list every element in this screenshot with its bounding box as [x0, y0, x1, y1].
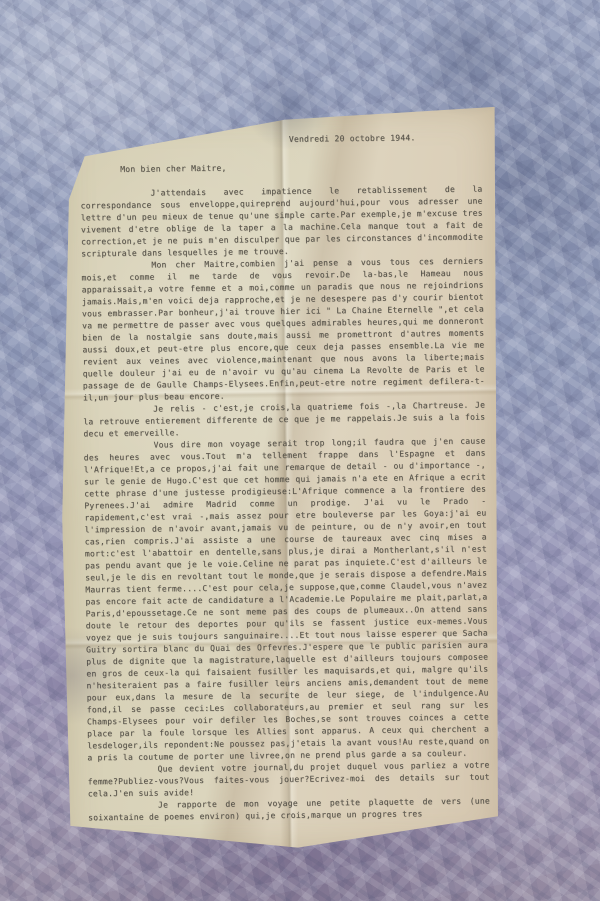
letter-text: Vendredi 20 octobre 1944. Mon bien cher …	[80, 132, 491, 845]
photo-background: Vendredi 20 octobre 1944. Mon bien cher …	[0, 0, 600, 901]
letter-paragraph-1: J'attendais avec impatience le retabliss…	[80, 184, 483, 261]
letter-date: Vendredi 20 octobre 1944.	[80, 132, 482, 149]
letter-paragraph-5: Que devient votre journal,du projet duqu…	[87, 759, 489, 800]
letter-paragraph-6: Je rapporte de mon voyage une petite pla…	[88, 795, 490, 824]
letter-paragraph-2: Mon cher Maitre,combien j'ai pense a vou…	[81, 255, 485, 404]
letter-paragraph-4: Vous dire mon voyage serait trop long;il…	[84, 435, 490, 764]
letter-salutation: Mon bien cher Maitre,	[80, 160, 482, 177]
letter-paragraph-3: Je relis - c'est,je crois,la quatrieme f…	[83, 399, 485, 440]
letter-sheet: Vendredi 20 octobre 1944. Mon bien cher …	[55, 105, 504, 852]
